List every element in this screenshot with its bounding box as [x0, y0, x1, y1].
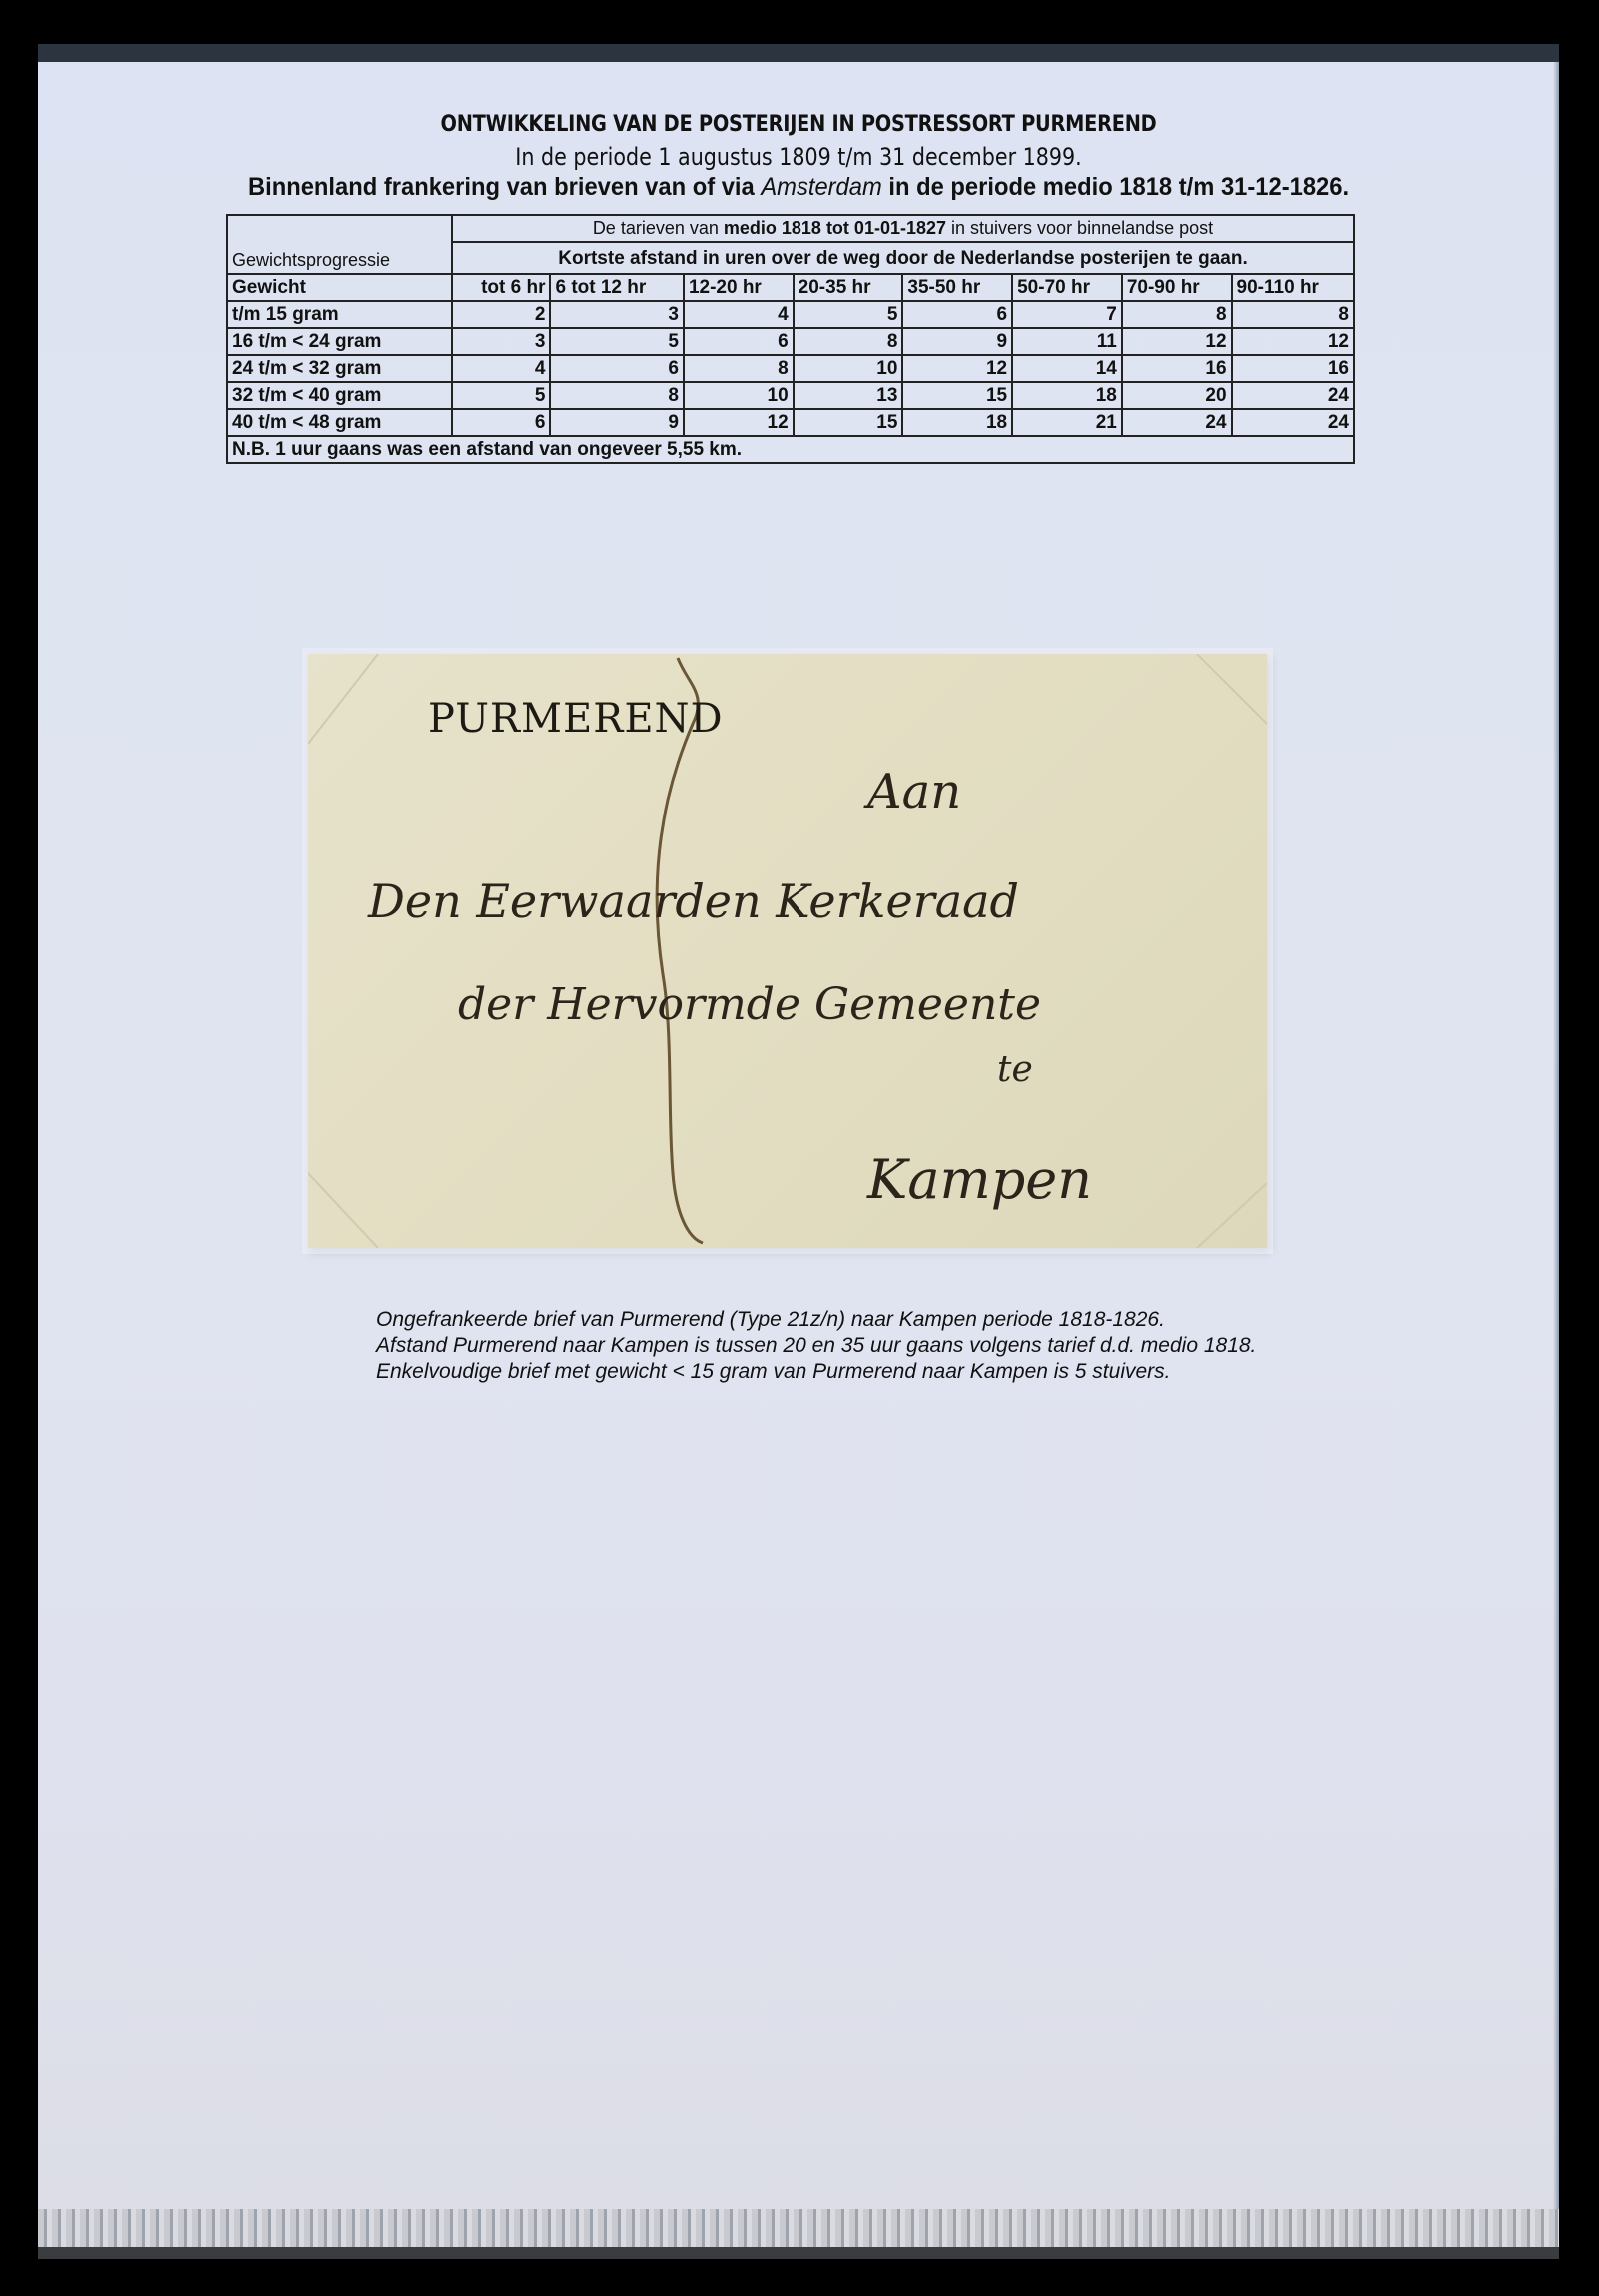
tariff-cell: 7	[1012, 301, 1122, 328]
tariff-cell: 3	[550, 301, 683, 328]
letter-caption: Ongefrankeerde brief van Purmerend (Type…	[376, 1307, 1256, 1385]
table-row: 16 t/m < 24 gram35689111212	[227, 328, 1354, 355]
tariff-cell: 12	[684, 409, 794, 436]
column-header-row: Gewicht tot 6 hr6 tot 12 hr12-20 hr20-35…	[227, 274, 1354, 301]
column-header: 70-90 hr	[1122, 274, 1232, 301]
tariff-cell: 21	[1012, 409, 1122, 436]
album-page: ONTWIKKELING VAN DE POSTERIJEN IN POSTRE…	[38, 44, 1559, 2213]
table-intro-row: Gewichtsprogressie De tarieven van medio…	[227, 215, 1354, 242]
tariff-cell: 9	[550, 409, 683, 436]
tariff-cell: 24	[1232, 382, 1354, 409]
page-section-heading: Binnenland frankering van brieven van of…	[76, 173, 1521, 202]
table-footnote: N.B. 1 uur gaans was een afstand van ong…	[227, 436, 1354, 463]
album-sleeve-edge	[38, 2209, 1559, 2259]
heading-part-2: in de periode medio 1818 t/m 31-12-1826.	[882, 173, 1349, 201]
letter-cover-image: PURMEREND Aan Den Eerwaarden Kerkeraad d…	[308, 654, 1267, 1248]
address-city: Kampen	[867, 1148, 1092, 1211]
weight-range: 32 t/m < 40 gram	[227, 382, 452, 409]
heading-city: Amsterdam	[761, 173, 881, 201]
tariff-cell: 3	[452, 328, 550, 355]
tariff-intro: De tarieven van medio 1818 tot 01-01-182…	[452, 215, 1354, 242]
address-line: Aan	[867, 764, 961, 820]
tariff-cell: 12	[1232, 328, 1354, 355]
tariff-cell: 24	[1232, 409, 1354, 436]
tariff-cell: 5	[452, 382, 550, 409]
weight-range: t/m 15 gram	[227, 301, 452, 328]
table-row: t/m 15 gram23456788	[227, 301, 1354, 328]
weight-range: 16 t/m < 24 gram	[227, 328, 452, 355]
column-header: 20-35 hr	[794, 274, 903, 301]
tariff-cell: 12	[902, 355, 1012, 382]
tariff-cell: 5	[794, 301, 903, 328]
address-line: der Hervormde Gemeente	[458, 979, 1041, 1030]
tariff-cell: 8	[794, 328, 903, 355]
tariff-cell: 8	[684, 355, 794, 382]
tariff-cell: 6	[684, 328, 794, 355]
tariff-cell: 15	[902, 382, 1012, 409]
tariff-cell: 8	[1232, 301, 1354, 328]
page-title: ONTWIKKELING VAN DE POSTERIJEN IN POSTRE…	[129, 112, 1467, 137]
column-header: 12-20 hr	[684, 274, 794, 301]
tariff-cell: 18	[1012, 382, 1122, 409]
intro-period: medio 1818 tot 01-01-1827	[724, 218, 946, 238]
column-header: 35-50 hr	[902, 274, 1012, 301]
table-row: 32 t/m < 40 gram58101315182024	[227, 382, 1354, 409]
tariff-cell: 10	[684, 382, 794, 409]
tariff-cell: 16	[1122, 355, 1232, 382]
table-row: 40 t/m < 48 gram69121518212424	[227, 409, 1354, 436]
intro-text-1: De tarieven van	[593, 218, 724, 238]
tariff-cell: 16	[1232, 355, 1354, 382]
tariff-cell: 8	[550, 382, 683, 409]
tariff-cell: 5	[550, 328, 683, 355]
letter-marks	[308, 654, 1267, 1248]
intro-text-2: in stuivers voor binnelandse post	[946, 218, 1213, 238]
tariff-cell: 24	[1122, 409, 1232, 436]
weight-header: Gewicht	[227, 274, 452, 301]
tariff-cell: 9	[902, 328, 1012, 355]
tariff-cell: 14	[1012, 355, 1122, 382]
caption-line: Afstand Purmerend naar Kampen is tussen …	[376, 1333, 1256, 1359]
tariff-cell: 15	[794, 409, 903, 436]
column-header: 50-70 hr	[1012, 274, 1122, 301]
page-header: ONTWIKKELING VAN DE POSTERIJEN IN POSTRE…	[38, 112, 1559, 202]
tariff-cell: 11	[1012, 328, 1122, 355]
footnote-row: N.B. 1 uur gaans was een afstand van ong…	[227, 436, 1354, 463]
tariff-cell: 12	[1122, 328, 1232, 355]
tariff-cell: 13	[794, 382, 903, 409]
column-header: 90-110 hr	[1232, 274, 1354, 301]
purmerend-postmark: PURMEREND	[428, 696, 724, 742]
weight-range: 40 t/m < 48 gram	[227, 409, 452, 436]
column-header: tot 6 hr	[452, 274, 550, 301]
address-line: te	[997, 1049, 1033, 1090]
tariff-cell: 4	[684, 301, 794, 328]
heading-part-1: Binnenland frankering van brieven van of…	[248, 173, 761, 201]
tariff-cell: 8	[1122, 301, 1232, 328]
caption-line: Ongefrankeerde brief van Purmerend (Type…	[376, 1307, 1256, 1333]
table-row: 24 t/m < 32 gram4681012141616	[227, 355, 1354, 382]
tariff-cell: 18	[902, 409, 1012, 436]
tariff-cell: 6	[452, 409, 550, 436]
tariff-cell: 10	[794, 355, 903, 382]
caption-line: Enkelvoudige brief met gewicht < 15 gram…	[376, 1359, 1256, 1385]
tariff-cell: 6	[550, 355, 683, 382]
tariff-cell: 20	[1122, 382, 1232, 409]
tariff-table: Gewichtsprogressie De tarieven van medio…	[226, 214, 1355, 464]
distance-header: Kortste afstand in uren over de weg door…	[452, 242, 1354, 274]
address-line: Den Eerwaarden Kerkeraad	[368, 874, 1019, 928]
column-header: 6 tot 12 hr	[550, 274, 683, 301]
tariff-cell: 6	[902, 301, 1012, 328]
weight-progression-label: Gewichtsprogressie	[227, 215, 452, 274]
tariff-cell: 4	[452, 355, 550, 382]
weight-range: 24 t/m < 32 gram	[227, 355, 452, 382]
page-subtitle: In de periode 1 augustus 1809 t/m 31 dec…	[145, 143, 1453, 171]
tariff-cell: 2	[452, 301, 550, 328]
